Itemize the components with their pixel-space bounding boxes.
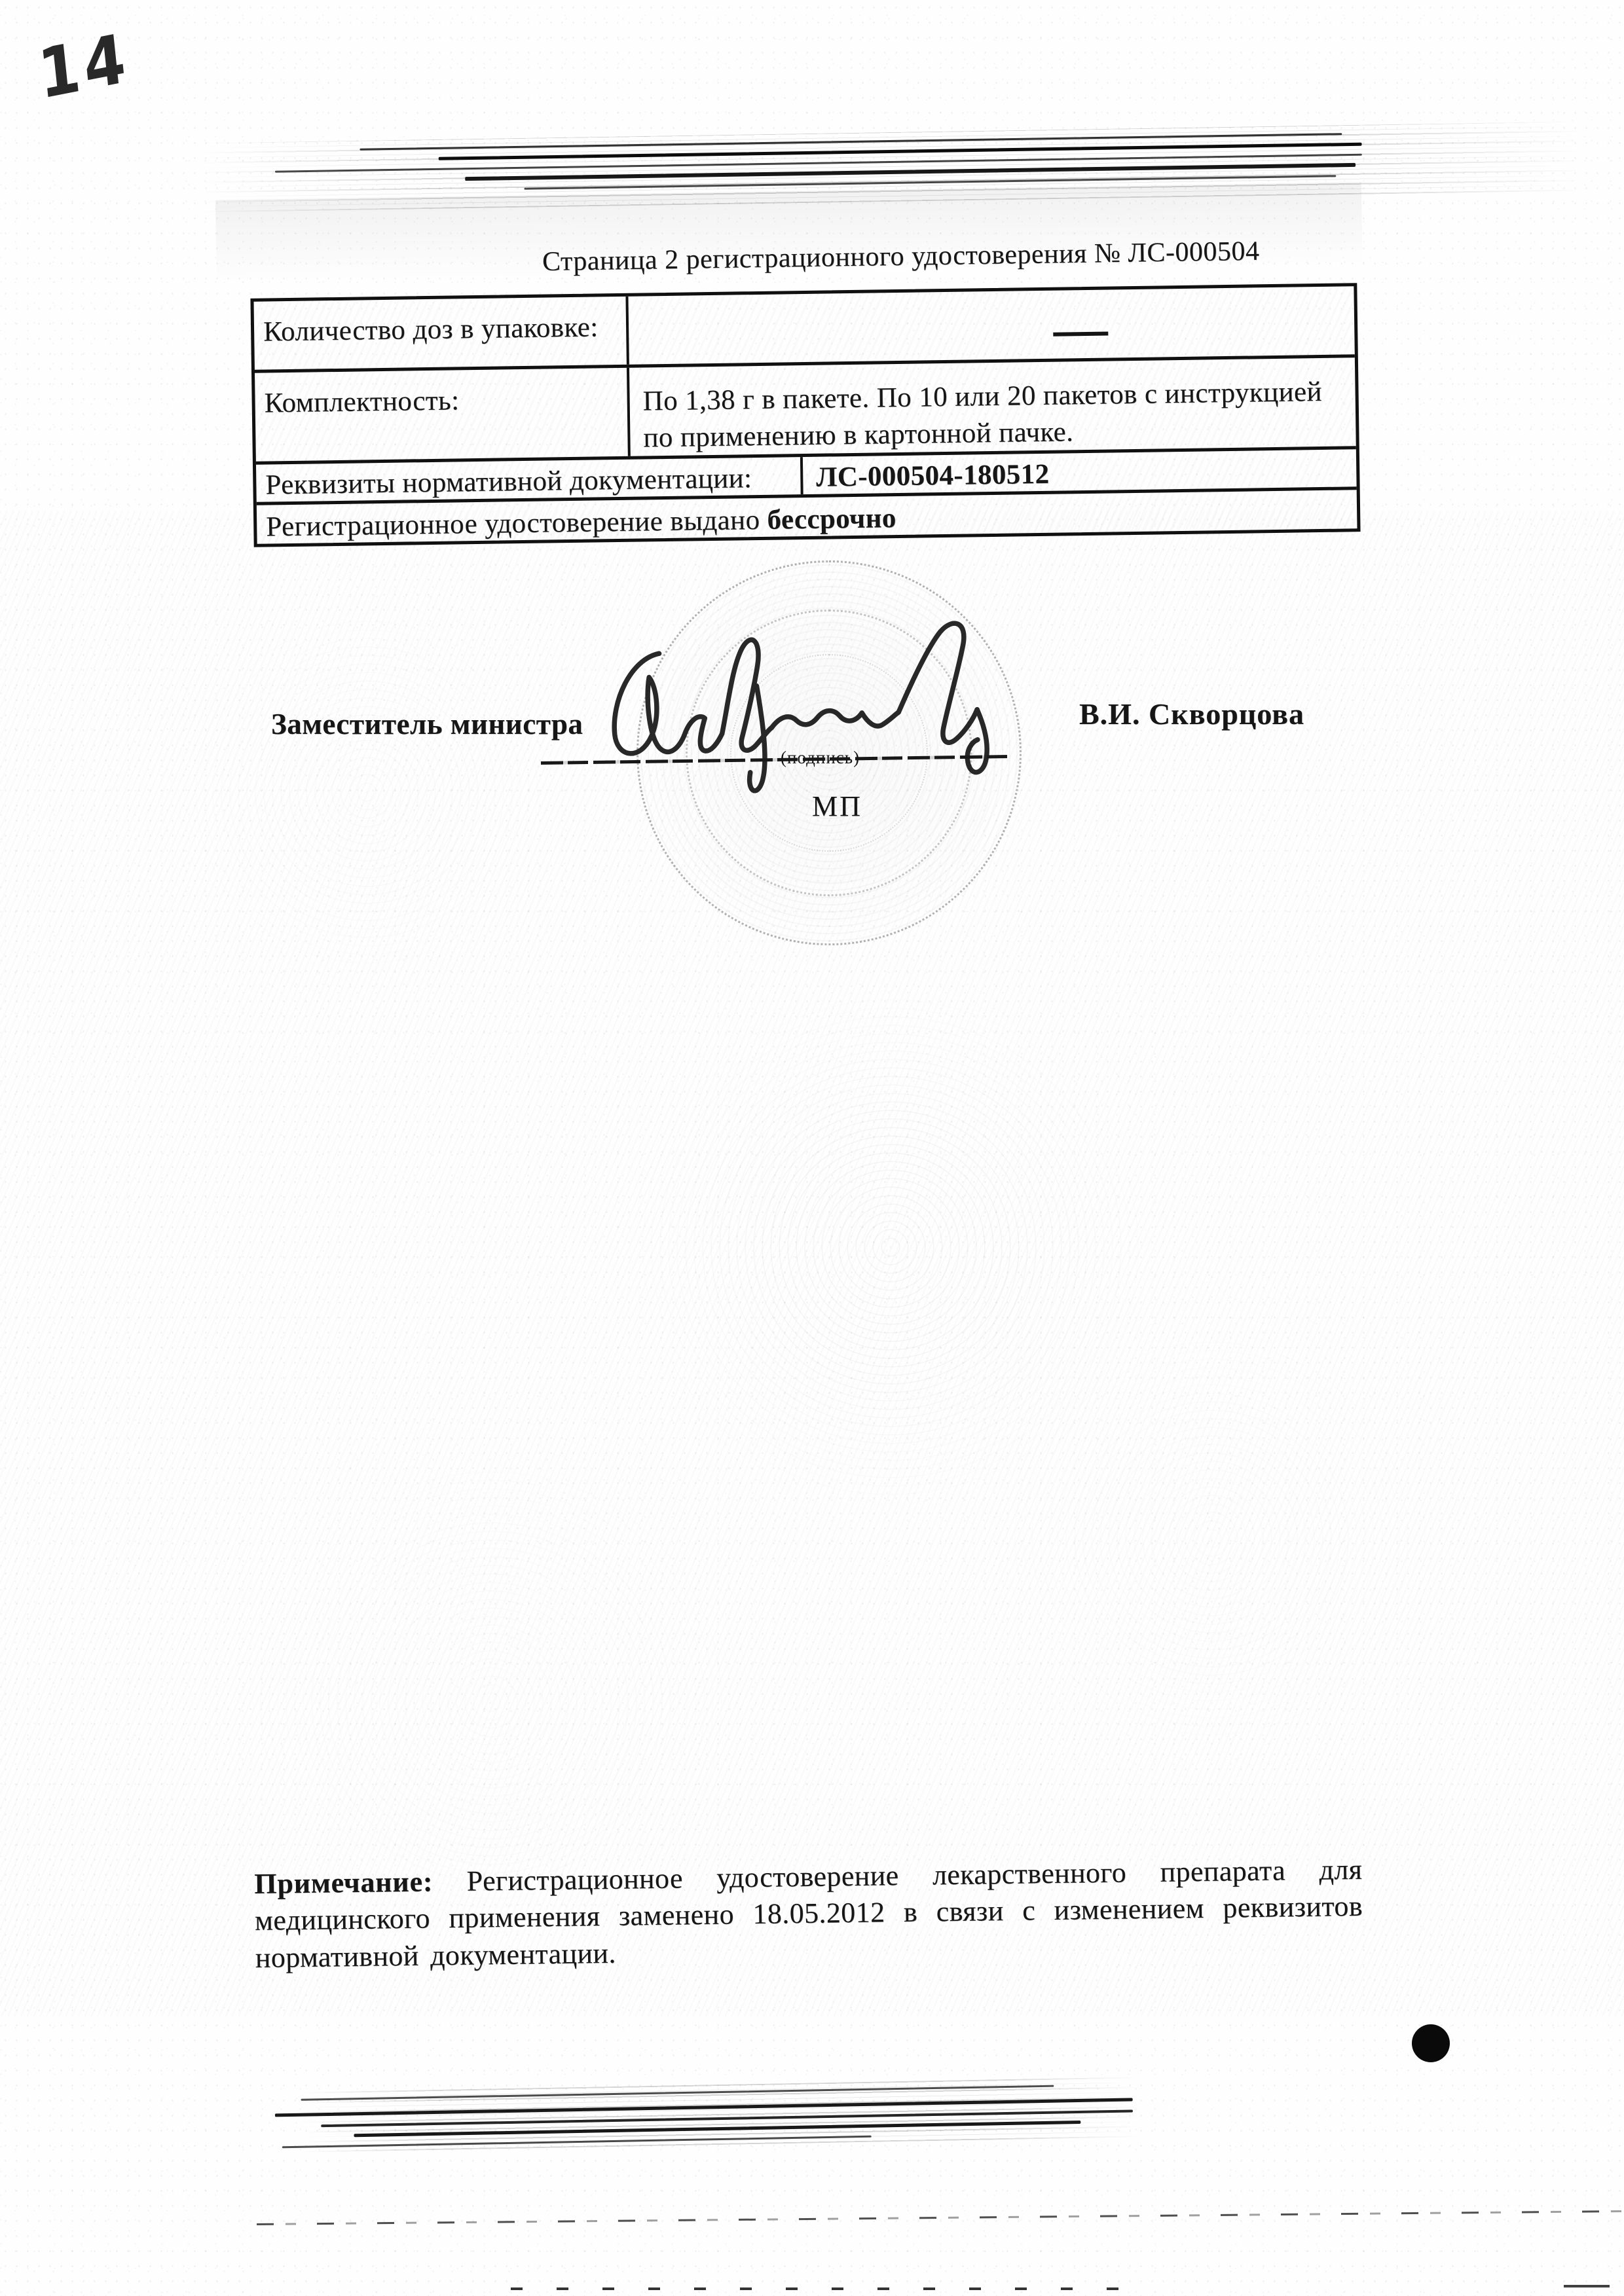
scan-dashed-line <box>257 2210 1624 2225</box>
row-value <box>628 286 1354 364</box>
handwritten-page-number: 14 <box>35 18 133 114</box>
scan-artifact-band-top <box>157 117 1624 217</box>
note-label: Примечание: <box>254 1865 434 1900</box>
scan-streak-texture <box>196 121 1585 212</box>
empty-value-dash <box>1053 332 1108 337</box>
row-label: Комплектность: <box>255 368 631 462</box>
row-label: Реквизиты нормативной документации: <box>256 457 803 502</box>
row-label: Регистрационное удостоверение выдано бес… <box>257 496 903 544</box>
registration-table: Количество доз в упаковке: Комплектность… <box>250 283 1360 547</box>
ink-dot <box>1412 2024 1450 2062</box>
scan-dash <box>1564 2285 1610 2287</box>
row-value-bold: бессрочно <box>767 503 896 536</box>
note: Примечание: Регистрационное удостоверени… <box>254 1851 1363 1977</box>
row-text: Регистрационное удостоверение выдано <box>266 505 760 543</box>
scan-streak-texture <box>301 2077 1139 2152</box>
scan-dashed-line <box>511 2287 1153 2290</box>
signatory-role: Заместитель министра <box>271 707 583 741</box>
scanned-certificate-page: { "page": { "handwritten_page_number": "… <box>0 0 1624 2296</box>
page-title: Страница 2 регистрационного удостоверени… <box>542 232 1460 278</box>
row-value: По 1,38 г в пакете. По 10 или 20 пакетов… <box>629 357 1356 456</box>
moire-rings <box>596 953 1185 1542</box>
moire-rings <box>884 1211 1539 1866</box>
table-row: Комплектность: По 1,38 г в пакете. По 10… <box>255 354 1356 461</box>
row-label: Количество доз в упаковке: <box>253 297 629 370</box>
signatory-name: В.И. Скворцова <box>1079 697 1304 731</box>
handwritten-signature <box>600 604 1036 807</box>
row-value: ЛС-000504-180512 <box>803 449 1357 494</box>
moire-rings <box>118 543 616 1041</box>
scan-artifact-band-bottom <box>261 2072 1179 2157</box>
